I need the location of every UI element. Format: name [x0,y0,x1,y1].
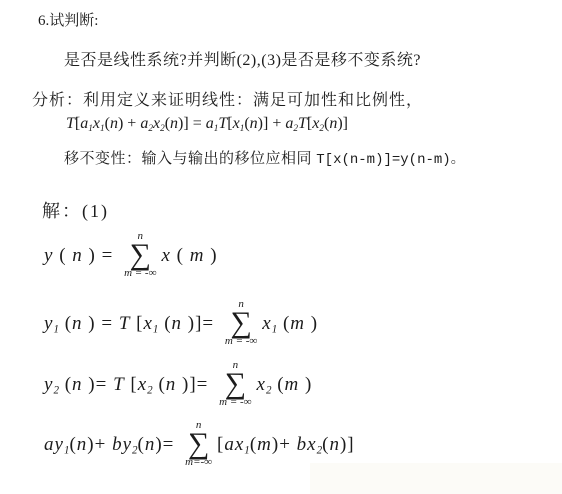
shift-invariance-formula: T[x(n-m)]=y(n-m)。 [316,152,464,168]
summation-symbol: n∑m = -∞ [219,360,251,408]
solution-label: 解：(1) [42,197,109,223]
summation-symbol: n∑m = -∞ [124,231,156,279]
summation-symbol: n∑m=-∞ [185,420,212,468]
formula-y-n-definition: y ( n ) = n∑m = -∞x ( m ) [44,231,218,283]
shift-invariance-text: 移不变性：输入与输出的移位应相同 [64,151,316,167]
shift-invariance-line: 移不变性：输入与输出的移位应相同 T[x(n-m)]=y(n-m)。 [64,147,465,168]
document-page: 6.试判断: 是否是线性系统?并判断(2),(3)是否是移不变系统? 分析：利用… [0,0,562,494]
analysis-line: 分析：利用定义来证明线性：满足可加性和比例性， [32,87,423,110]
summation-symbol: n∑m = -∞ [225,299,257,347]
formula-y1-response: y1 (n ) = T [x1 (n )]= n∑m = -∞x1 (m ) [44,299,318,351]
formula-linear-combination: ay1(n)+ by2(n)= n∑m=-∞[ax1(m)+ bx2(n)] [44,420,355,472]
linearity-definition-formula: T[a1x1(n) + a2x2(n)] = a1T[x1(n)] + a2T[… [66,115,348,134]
formula-y2-response: y2 (n )= T [x2 (n )]= n∑m = -∞x2 (m ) [44,360,312,412]
problem-heading: 6.试判断: [38,9,98,30]
footer-tint-region [310,463,562,494]
question-line: 是否是线性系统?并判断(2),(3)是否是移不变系统? [64,47,421,70]
